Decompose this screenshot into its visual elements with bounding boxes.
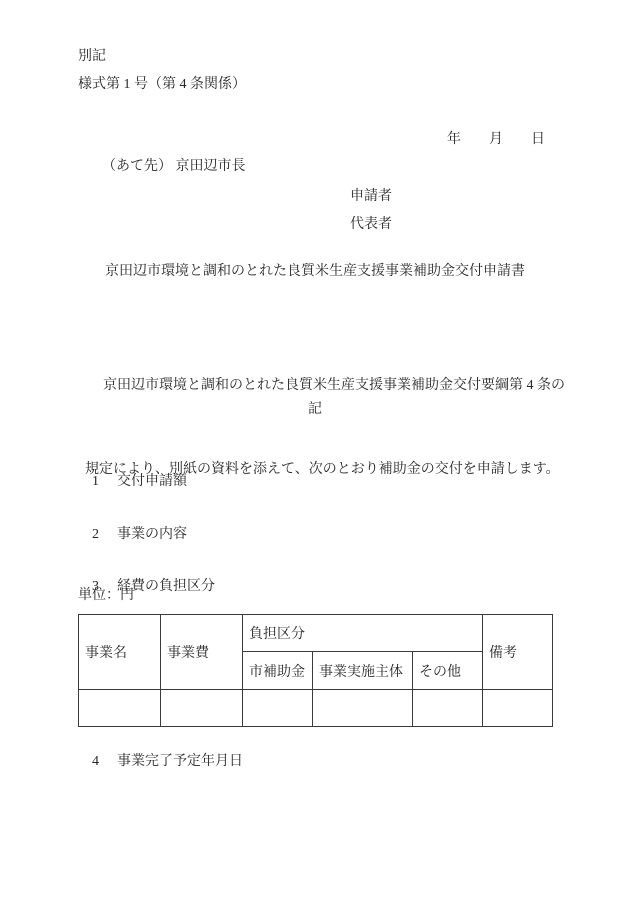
header-remarks: 備考 [483, 615, 553, 690]
header-implementing-body: 事業実施主体 [313, 652, 413, 690]
item-label: 事業の内容 [117, 527, 187, 542]
header-other: その他 [413, 652, 483, 690]
document-title: 京田辺市環境と調和のとれた良質米生産支援事業補助金交付申請書 [0, 262, 630, 282]
cost-breakdown-table: 事業名 事業費 負担区分 備考 市補助金 事業実施主体 その他 [78, 614, 553, 727]
addressee-line: （あて先） 京田辺市長 [102, 157, 246, 177]
item-number: 1 [92, 472, 117, 492]
header-burden-category: 負担区分 [243, 615, 483, 652]
body-paragraph-line-1: 京田辺市環境と調和のとれた良質米生産支援事業補助金交付要綱第 4 条の [85, 372, 553, 400]
item-number: 2 [92, 525, 117, 545]
representative-label: 代表者 [350, 215, 392, 235]
applicant-label: 申請者 [350, 187, 392, 207]
table-empty-cell [413, 690, 483, 727]
header-city-subsidy: 市補助金 [243, 652, 313, 690]
notation-marker: 記 [0, 400, 630, 420]
table-empty-cell [161, 690, 243, 727]
list-item-1: 1交付申請額 [78, 452, 187, 512]
form-number: 様式第 1 号（第 4 条関係） [78, 75, 246, 95]
table-empty-cell [79, 690, 161, 727]
table-row [79, 690, 553, 727]
document-page: 別記 様式第 1 号（第 4 条関係） 年 月 日 （あて先） 京田辺市長 申請… [0, 0, 630, 903]
table-empty-cell [243, 690, 313, 727]
header-project-name: 事業名 [79, 615, 161, 690]
date-line: 年 月 日 [447, 130, 545, 150]
list-item-4: 4事業完了予定年月日 [78, 732, 243, 792]
list-item-2: 2事業の内容 [78, 505, 187, 565]
form-annotation: 別記 [78, 47, 106, 67]
unit-label: 単位：円 [78, 586, 134, 606]
header-project-cost: 事業費 [161, 615, 243, 690]
item-number: 4 [92, 752, 117, 772]
table-empty-cell [483, 690, 553, 727]
item-label: 交付申請額 [117, 474, 187, 489]
table-empty-cell [313, 690, 413, 727]
item-label: 事業完了予定年月日 [117, 754, 243, 769]
